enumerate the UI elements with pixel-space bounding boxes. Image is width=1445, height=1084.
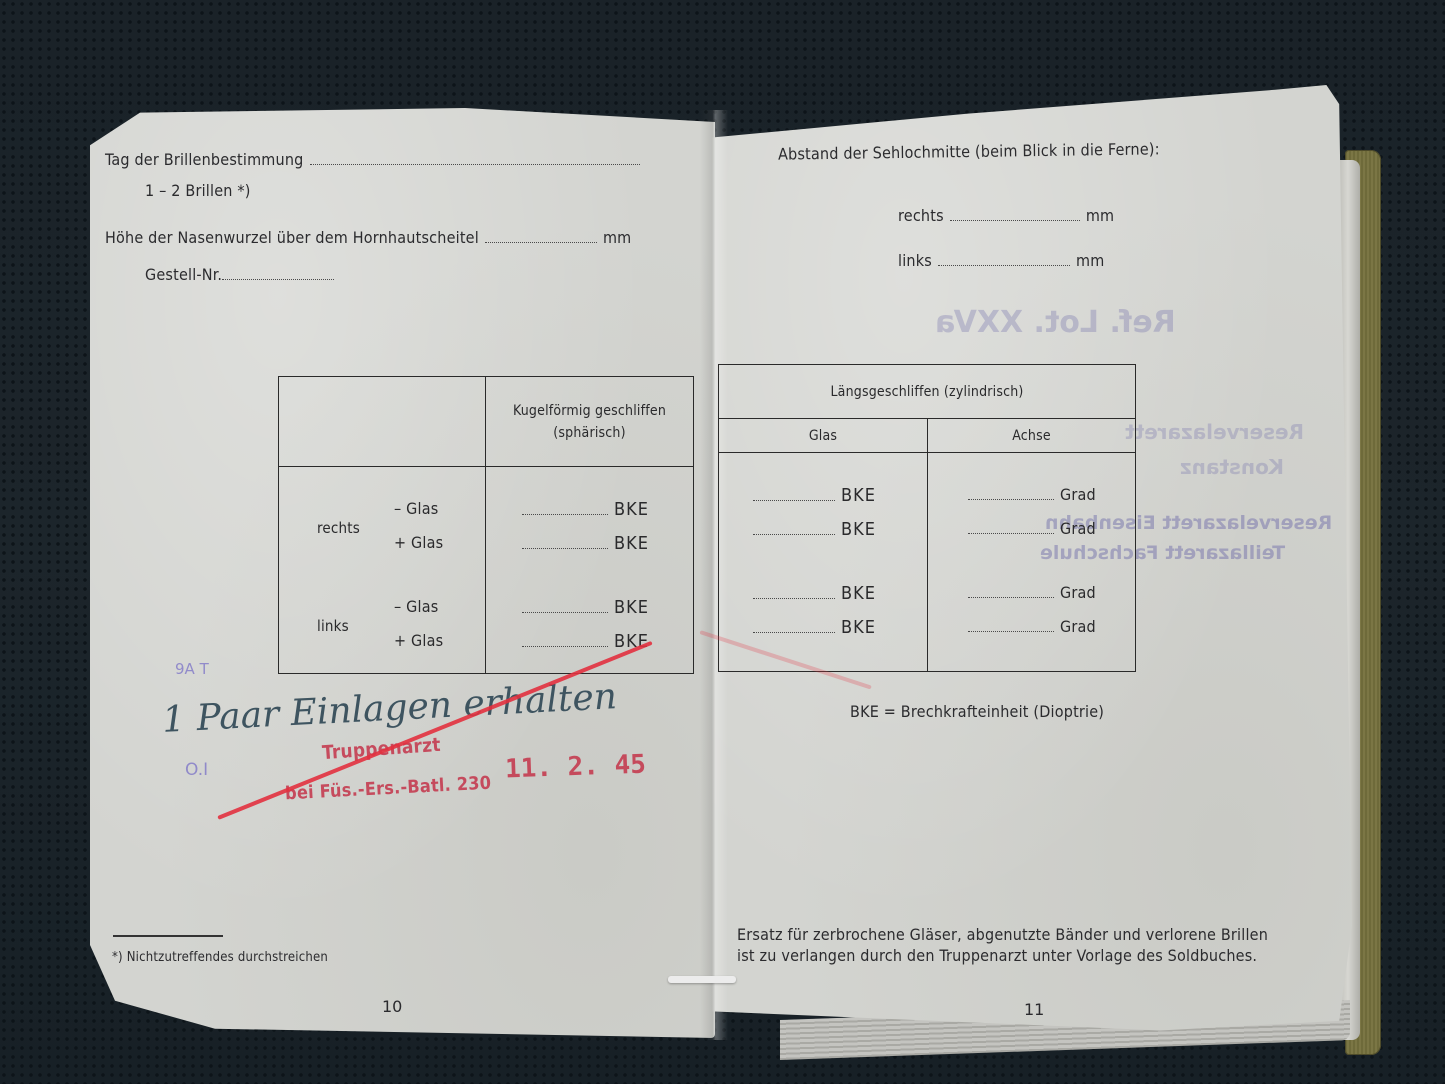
- abstand-links-label: links: [898, 251, 932, 270]
- hoehe-nasenwurzel-field: Höhe der Nasenwurzel über dem Hornhautsc…: [105, 228, 631, 247]
- stamp-date: 11. 2. 45: [505, 750, 647, 785]
- gestell-nr-field: Gestell-Nr.: [145, 265, 340, 284]
- axis-fill-line: [968, 631, 1054, 632]
- cyl-rechts-plus: BKE: [747, 519, 876, 540]
- bke-unit: BKE: [841, 617, 876, 638]
- abstand-links-field: linksmm: [898, 251, 1104, 270]
- abstand-links-fill: [938, 265, 1070, 266]
- offset-stamp-line3: Konstanz: [1180, 455, 1284, 479]
- cyl-achse-header: Achse: [928, 419, 1136, 453]
- sph-fill-line: [522, 612, 608, 613]
- table-corner-cell: [279, 377, 486, 467]
- bke-unit: BKE: [841, 583, 876, 604]
- axis-links-plus: Grad: [962, 617, 1096, 636]
- row-links-plus-glas: + Glas: [394, 631, 443, 650]
- side-labels-cell: rechts – Glas + Glas links – Glas + Glas: [279, 467, 486, 674]
- cylindrical-lens-table: Längsgeschliffen (zylindrisch) Glas Achs…: [718, 364, 1136, 672]
- cyl-rechts-minus: BKE: [747, 485, 876, 506]
- pencil-note-top: 9A T: [175, 660, 209, 678]
- cyl-achse-values-cell: Grad Grad Grad Grad: [928, 453, 1136, 672]
- bke-legend: BKE = Brechkrafteinheit (Dioptrie): [850, 702, 1104, 721]
- footnote: *) Nichtzutreffendes durchstreichen: [112, 950, 328, 965]
- abstand-rechts-unit: mm: [1086, 206, 1114, 225]
- spherical-header: Kugelförmig geschliffen (sphärisch): [486, 377, 694, 467]
- spherical-header-label: Kugelförmig geschliffen: [486, 400, 693, 422]
- hoehe-unit: mm: [603, 228, 631, 247]
- abstand-links-unit: mm: [1076, 251, 1104, 270]
- binding-thread: [668, 976, 736, 983]
- cyl-glas-header: Glas: [719, 419, 928, 453]
- sph-rechts-plus: BKE: [516, 533, 649, 554]
- gestell-fill-line: [222, 279, 334, 280]
- sph-fill-line: [522, 548, 608, 549]
- spherical-header-sub: (sphärisch): [486, 422, 693, 444]
- row-rechts-plus-glas: + Glas: [394, 533, 443, 552]
- cyl-fill-line: [753, 598, 835, 599]
- grad-unit: Grad: [1060, 617, 1096, 636]
- sph-rechts-minus: BKE: [516, 499, 649, 520]
- sph-fill-line: [522, 646, 608, 647]
- axis-rechts-minus: Grad: [962, 485, 1096, 504]
- offset-stamp-line2: Reservelazarett: [1125, 420, 1304, 444]
- bke-unit: BKE: [841, 485, 876, 506]
- abstand-rechts-fill: [950, 220, 1080, 221]
- offset-stamp-line1: Ref. Lot. XXVa: [935, 305, 1176, 340]
- tag-label: Tag der Brillenbestimmung: [105, 150, 304, 169]
- replacement-notice-line1: Ersatz für zerbrochene Gläser, abgenutzt…: [737, 925, 1268, 944]
- cyl-glas-values-cell: BKE BKE BKE BKE: [719, 453, 928, 672]
- replacement-notice-line2: ist zu verlangen durch den Truppenarzt u…: [737, 946, 1257, 965]
- grad-unit: Grad: [1060, 485, 1096, 504]
- row-rechts-minus-glas: – Glas: [394, 499, 438, 518]
- spherical-lens-table: Kugelförmig geschliffen (sphärisch) rech…: [278, 376, 694, 674]
- hoehe-label: Höhe der Nasenwurzel über dem Hornhautsc…: [105, 228, 479, 247]
- page-number-right: 11: [1024, 1000, 1044, 1019]
- abstand-rechts-label: rechts: [898, 206, 944, 225]
- cyl-fill-line: [753, 632, 835, 633]
- axis-links-minus: Grad: [962, 583, 1096, 602]
- sph-fill-line: [522, 514, 608, 515]
- bke-unit: BKE: [614, 533, 649, 554]
- hoehe-fill-line: [485, 242, 597, 243]
- side-rechts: rechts: [317, 519, 360, 537]
- page-number-left: 10: [382, 997, 402, 1016]
- pencil-note-bottom: O.I: [185, 760, 208, 780]
- axis-fill-line: [968, 499, 1054, 500]
- sph-links-minus: BKE: [516, 597, 649, 618]
- side-links: links: [317, 617, 349, 635]
- brillen-count: 1 – 2 Brillen *): [145, 181, 251, 200]
- cylindrical-header: Längsgeschliffen (zylindrisch): [719, 365, 1136, 419]
- cyl-links-plus: BKE: [747, 617, 876, 638]
- axis-fill-line: [968, 533, 1054, 534]
- tag-fill-line: [310, 164, 640, 165]
- grad-unit: Grad: [1060, 519, 1096, 538]
- axis-fill-line: [968, 597, 1054, 598]
- footnote-rule: [113, 935, 223, 937]
- cyl-fill-line: [753, 534, 835, 535]
- spherical-values-cell: BKE BKE BKE BKE: [486, 467, 694, 674]
- bke-unit: BKE: [841, 519, 876, 540]
- grad-unit: Grad: [1060, 583, 1096, 602]
- abstand-rechts-field: rechtsmm: [898, 206, 1114, 225]
- cyl-links-minus: BKE: [747, 583, 876, 604]
- tag-der-brillenbestimmung-field: Tag der Brillenbestimmung: [105, 150, 646, 169]
- bke-unit: BKE: [614, 597, 649, 618]
- axis-rechts-plus: Grad: [962, 519, 1096, 538]
- row-links-minus-glas: – Glas: [394, 597, 438, 616]
- gestell-label: Gestell-Nr.: [145, 265, 222, 284]
- cyl-fill-line: [753, 500, 835, 501]
- bke-unit: BKE: [614, 499, 649, 520]
